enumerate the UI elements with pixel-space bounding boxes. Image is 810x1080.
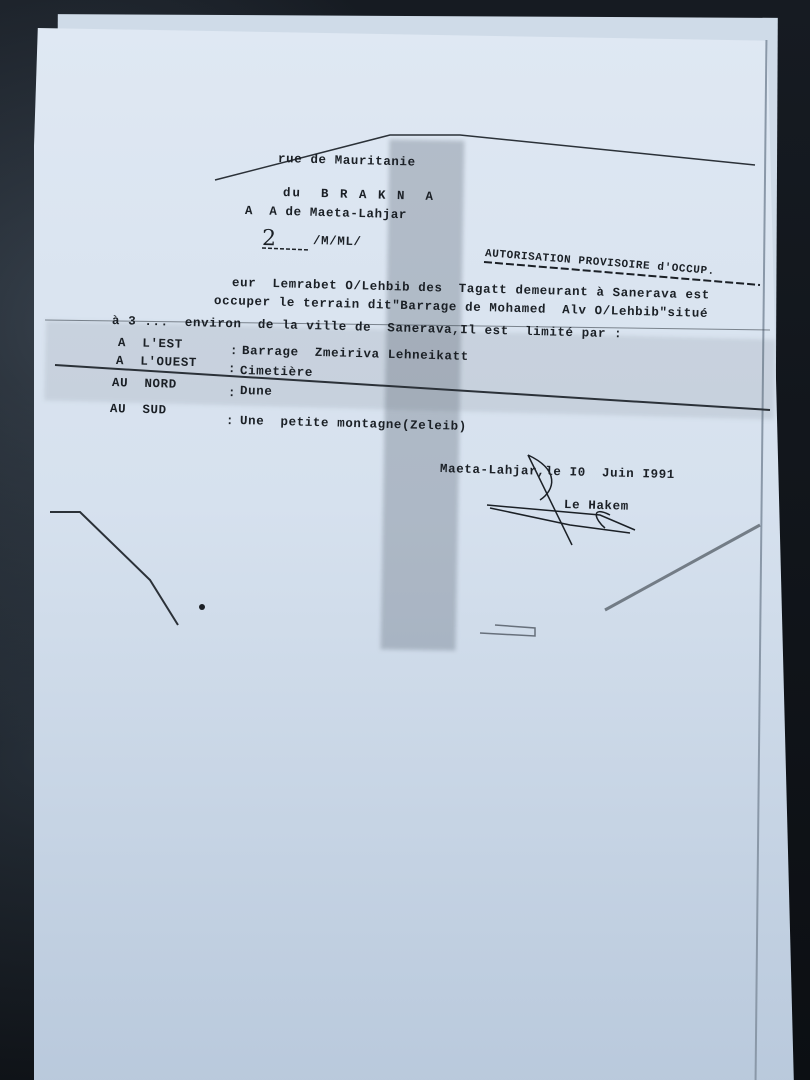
boundary-south-label: AU SUD (110, 402, 167, 417)
reference-number: 2 (262, 226, 277, 251)
boundary-north-value: Dune (240, 384, 273, 399)
separator: : (226, 414, 234, 428)
separator: : (230, 344, 238, 358)
boundary-west-value: Cimetière (240, 364, 313, 380)
separator: : (228, 386, 236, 400)
reference-suffix: /M/ML/ (313, 234, 362, 249)
signatory-title: Le Hakem (564, 498, 629, 514)
boundary-east-label: A L'EST (118, 336, 183, 352)
separator: : (228, 362, 236, 376)
boundary-west-label: A L'OUEST (116, 354, 197, 370)
boundary-north-label: AU NORD (112, 376, 177, 392)
